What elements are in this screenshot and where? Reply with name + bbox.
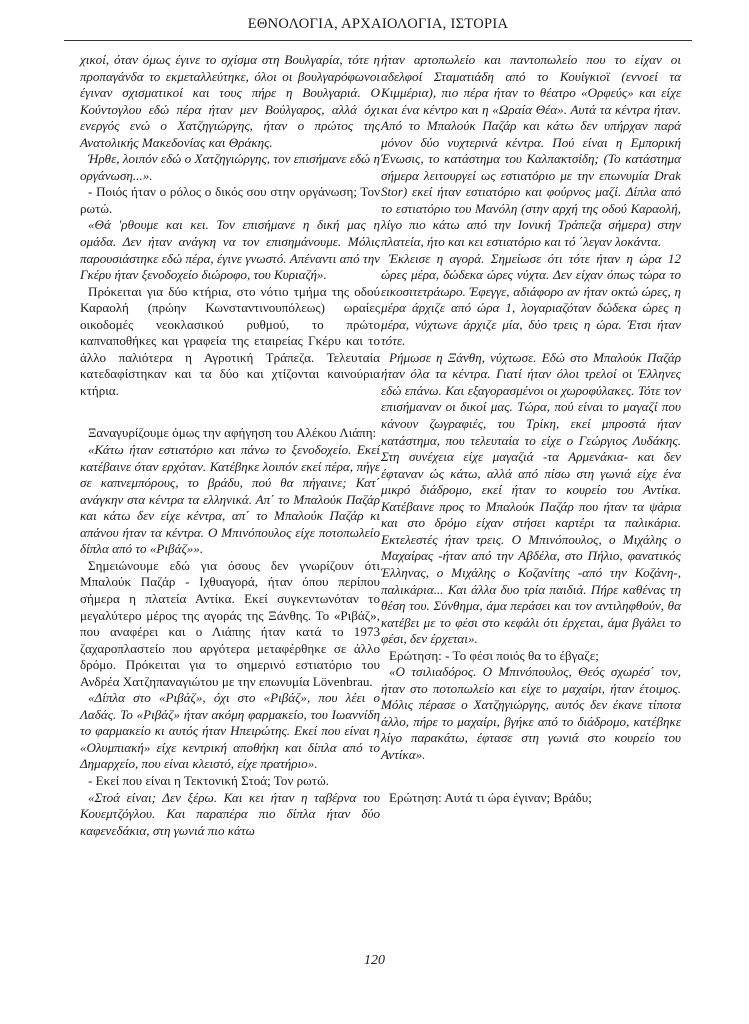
paragraph: - Ποιός ήταν ο ρόλος ο δικός σου στην ορ…	[80, 184, 380, 217]
left-column: χικοί, όταν όμως έγινε το σχίσμα στη Βου…	[80, 52, 380, 839]
paragraph: «Ο τσιλιαδόρος. Ο Μπινόπουλος, Θεός σχωρ…	[381, 664, 681, 763]
paragraph: ήταν αρτοπωλείο και παντοπωλείο που το ε…	[381, 52, 681, 251]
paragraph: Πρόκειται για δύο κτήρια, στο νότιο τμήμ…	[80, 284, 380, 400]
header-divider	[64, 40, 692, 41]
paragraph: Έκλεισε η αγορά. Σημείωσε ότι τότε ήταν …	[381, 251, 681, 350]
paragraph: Σημειώνουμε εδώ για όσους δεν γνωρίζουν …	[80, 558, 380, 690]
paragraph: «Κάτω ήταν εστιατόριο και πάνω το ξενοδο…	[80, 442, 380, 558]
page-number: 120	[0, 953, 749, 969]
paragraph: Ερώτηση: - Το φέσι ποιός θα το έβγαζε;	[381, 648, 681, 665]
paragraph: Ερώτηση: Αυτά τι ώρα έγιναν; Βράδυ;	[381, 790, 681, 807]
paragraph: Ξαναγυρίζουμε όμως την αφήγηση του Αλέκο…	[80, 425, 380, 442]
paragraph: «Στοά είναι; Δεν ξέρω. Και κει ήταν η τα…	[80, 790, 380, 840]
paragraph: χικοί, όταν όμως έγινε το σχίσμα στη Βου…	[80, 52, 380, 151]
paragraph: - Εκεί που είναι η Τεκτονική Στοά; Τον ρ…	[80, 773, 380, 790]
paragraph: Ήρθε, λοιπόν εδώ ο Χατζηγιώργης, τον επι…	[80, 151, 380, 184]
right-column: ήταν αρτοπωλείο και παντοπωλείο που το ε…	[381, 52, 681, 806]
paragraph: Ρήμωσε η Ξάνθη, νύχτωσε. Εδώ στο Μπαλούκ…	[381, 350, 681, 648]
paragraph: «Θά 'ρθουμε και κει. Τον επισήμανε η δικ…	[80, 217, 380, 283]
paragraph: «Δίπλα στο «Ριβάζ», όχι στο «Ριβάζ», που…	[80, 690, 380, 773]
running-header: ΕΘΝΟΛΟΓΙΑ, ΑΡΧΑΙΟΛΟΓΙΑ, ΙΣΤΟΡΙΑ	[64, 16, 692, 33]
